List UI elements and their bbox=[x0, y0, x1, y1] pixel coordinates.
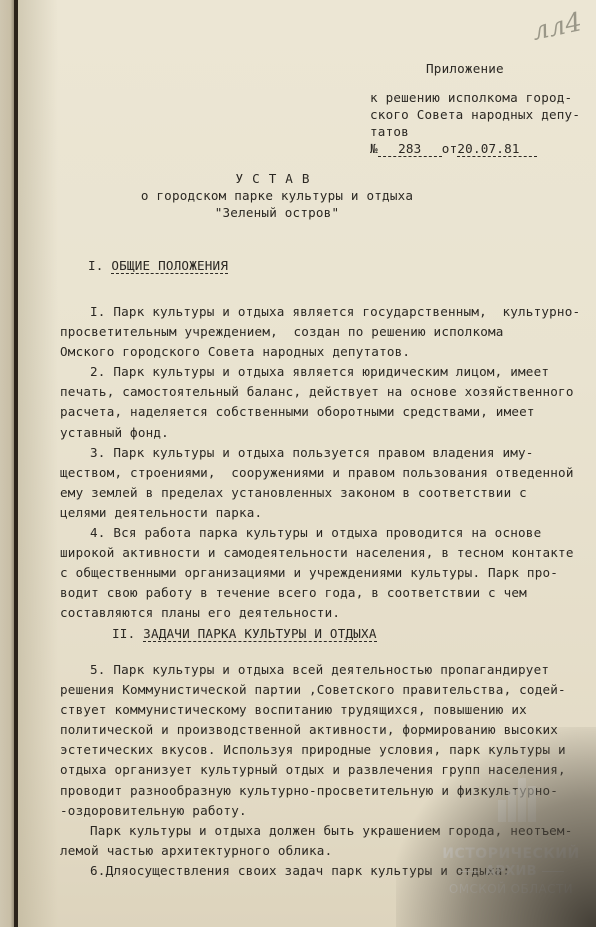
document-page: лл4 Приложение к решению исполкома город… bbox=[18, 0, 596, 927]
text-line: целями деятельности парка. bbox=[60, 503, 590, 523]
text-line: 2. Парк культуры и отдыха является юриди… bbox=[60, 362, 590, 382]
text-line: 6.Дляосуществления своих задач парк куль… bbox=[60, 861, 590, 881]
text-line: составляются планы его деятельности. bbox=[60, 603, 590, 623]
section-number: II. bbox=[112, 626, 135, 641]
text-line: 3. Парк культуры и отдыха пользуется пра… bbox=[60, 443, 590, 463]
archive-folio-number: лл4 bbox=[529, 7, 584, 47]
text-line: водит свою работу в течение всего года, … bbox=[60, 583, 590, 603]
section-heading: I. ОБЩИЕ ПОЛОЖЕНИЯ bbox=[88, 258, 228, 273]
text-line: расчета, наделяется собственными оборотн… bbox=[60, 402, 590, 422]
text-line: уставный фонд. bbox=[60, 423, 590, 443]
text-line: решения Коммунистической партии ,Советск… bbox=[60, 680, 590, 700]
text-line: 4. Вся работа парка культуры и отдыха пр… bbox=[60, 523, 590, 543]
appendix-line: к решению исполкома город- bbox=[370, 89, 580, 106]
section-heading: II. ЗАДАЧИ ПАРКА КУЛЬТУРЫ И ОТДЫХА bbox=[112, 626, 377, 641]
section-body-park-tasks: 5. Парк культуры и отдыха всей деятельно… bbox=[60, 660, 590, 881]
document-subtitle: о городском парке культуры и отдыха bbox=[18, 187, 596, 204]
number-label: № bbox=[370, 141, 378, 156]
text-line: просветительным учреждением, создан по р… bbox=[60, 322, 590, 342]
document-title: УСТАВ bbox=[18, 170, 596, 187]
text-line: 5. Парк культуры и отдыха всей деятельно… bbox=[60, 660, 590, 680]
text-line: ствует коммунистическому воспитанию труд… bbox=[60, 700, 590, 720]
text-line: отдыха организует культурный отдых и раз… bbox=[60, 760, 590, 780]
text-line: печать, самостоятельный баланс, действуе… bbox=[60, 382, 590, 402]
section-body-general-provisions: I. Парк культуры и отдыха является госуд… bbox=[60, 302, 590, 624]
section-number: I. bbox=[88, 258, 104, 273]
date-label: от bbox=[442, 141, 458, 156]
appendix-line: татов bbox=[370, 123, 580, 140]
document-subtitle-name: "Зеленый остров" bbox=[18, 204, 596, 221]
text-line: Омского городского Совета народных депут… bbox=[60, 342, 590, 362]
document-title-block: УСТАВ о городском парке культуры и отдых… bbox=[18, 170, 596, 221]
decision-date: 20.07.81 bbox=[457, 142, 537, 157]
text-line: ществом, строениями, сооружениями и прав… bbox=[60, 463, 590, 483]
text-line: политической и производственной активнос… bbox=[60, 720, 590, 740]
text-line: Парк культуры и отдыха должен быть украш… bbox=[60, 821, 590, 841]
previous-page-edge bbox=[0, 0, 15, 927]
text-line: ему землей в пределах установленных зако… bbox=[60, 483, 590, 503]
appendix-header: Приложение к решению исполкома город- ск… bbox=[370, 60, 580, 157]
text-line: проводит разнообразную культурно-просвет… bbox=[60, 781, 590, 801]
text-line: -оздоровительную работу. bbox=[60, 801, 590, 821]
appendix-line: ского Совета народных депу- bbox=[370, 106, 580, 123]
text-line: широкой активности и самодеятельности на… bbox=[60, 543, 590, 563]
appendix-title: Приложение bbox=[426, 60, 580, 77]
text-line: лемой частью архитектурного облика. bbox=[60, 841, 590, 861]
section-title: ЗАДАЧИ ПАРКА КУЛЬТУРЫ И ОТДЫХА bbox=[143, 626, 376, 642]
decision-number-line: №283от20.07.81 bbox=[370, 140, 580, 157]
section-title: ОБЩИЕ ПОЛОЖЕНИЯ bbox=[111, 258, 228, 274]
text-line: с общественными организациями и учрежден… bbox=[60, 563, 590, 583]
text-line: эстетических вкусов. Используя природные… bbox=[60, 740, 590, 760]
text-line: I. Парк культуры и отдыха является госуд… bbox=[60, 302, 590, 322]
watermark-line-3: ОМСКОЙ ОБЛАСТИ bbox=[436, 882, 586, 896]
decision-number: 283 bbox=[378, 142, 442, 157]
